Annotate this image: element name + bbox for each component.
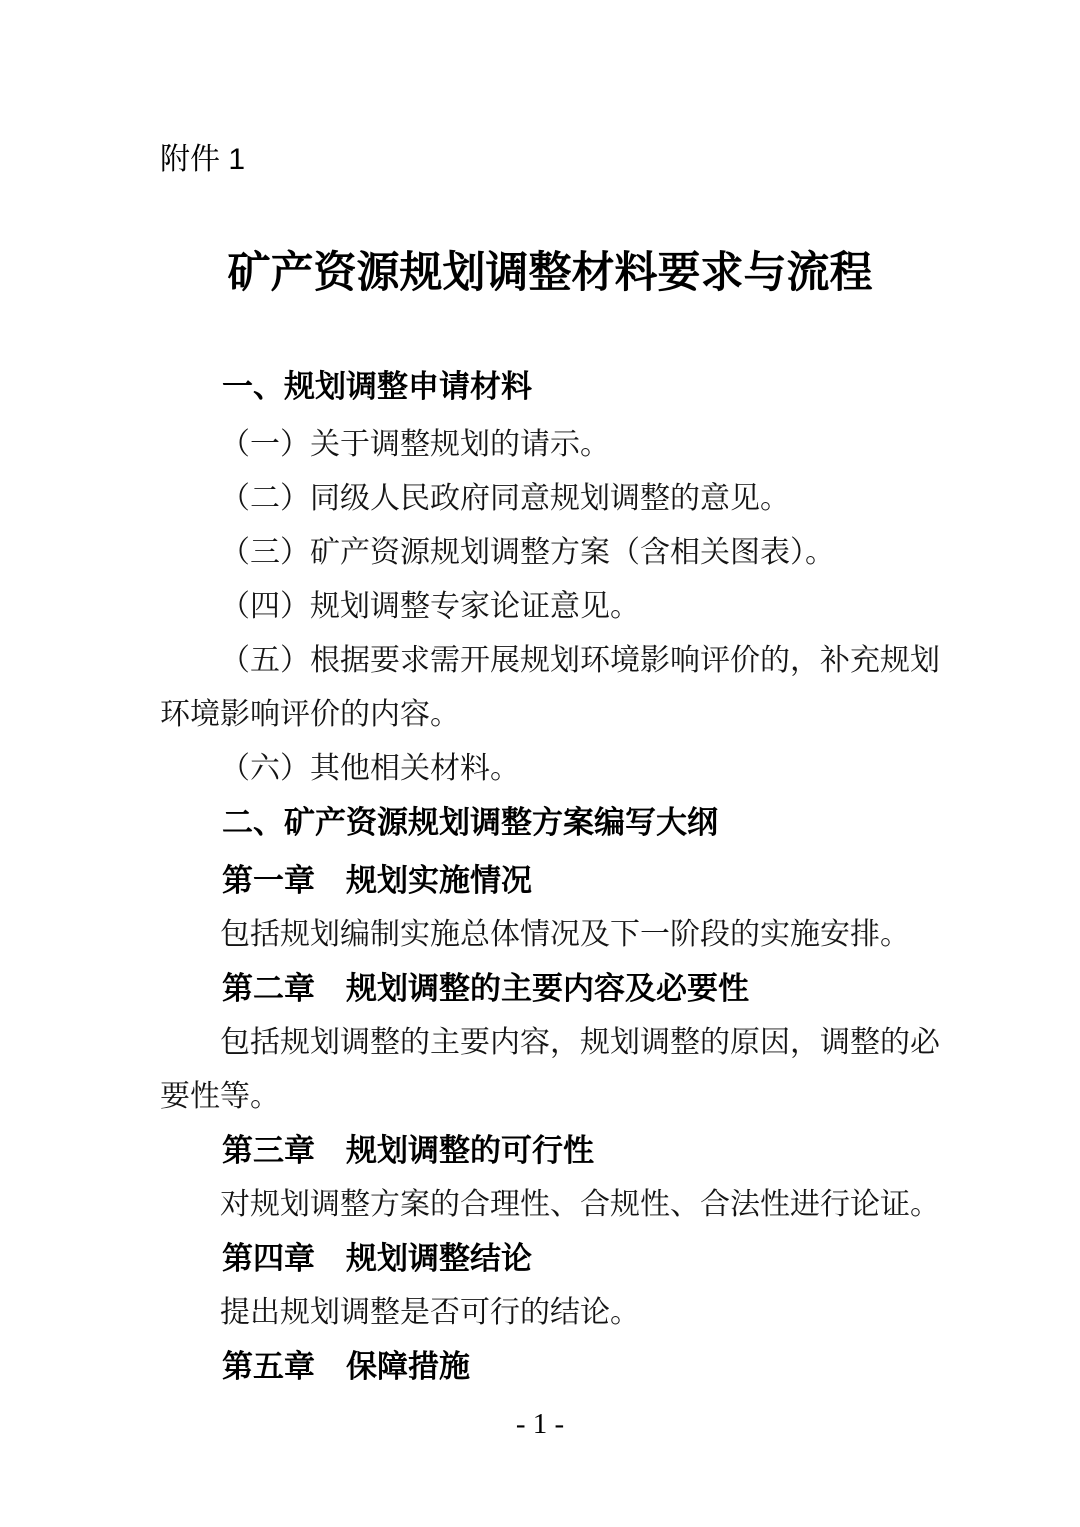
chapter-4-title: 第四章 规划调整结论 bbox=[160, 1232, 940, 1286]
section-1-item-5: （五）根据要求需开展规划环境影响评价的，补充规划环境影响评价的内容。 bbox=[160, 634, 940, 742]
chapter-1-title: 第一章 规划实施情况 bbox=[160, 854, 940, 908]
section-1-item-3: （三）矿产资源规划调整方案（含相关图表）。 bbox=[160, 526, 940, 580]
section-1-heading: 一、规划调整申请材料 bbox=[160, 360, 940, 414]
section-1-item-1: （一）关于调整规划的请示。 bbox=[160, 418, 940, 472]
section-2-heading: 二、矿产资源规划调整方案编写大纲 bbox=[160, 796, 940, 850]
page-number: - 1 - bbox=[0, 1404, 1080, 1444]
document-title: 矿产资源规划调整材料要求与流程 bbox=[160, 242, 940, 304]
chapter-3-body: 对规划调整方案的合理性、合规性、合法性进行论证。 bbox=[160, 1178, 940, 1232]
chapter-2-title: 第二章 规划调整的主要内容及必要性 bbox=[160, 962, 940, 1016]
chapter-5-title: 第五章 保障措施 bbox=[160, 1340, 940, 1394]
section-1-item-4: （四）规划调整专家论证意见。 bbox=[160, 580, 940, 634]
chapter-3-title: 第三章 规划调整的可行性 bbox=[160, 1124, 940, 1178]
chapter-4-body: 提出规划调整是否可行的结论。 bbox=[160, 1286, 940, 1340]
chapter-1-body: 包括规划编制实施总体情况及下一阶段的实施安排。 bbox=[160, 908, 940, 962]
chapter-2-body: 包括规划调整的主要内容，规划调整的原因，调整的必要性等。 bbox=[160, 1016, 940, 1124]
document-page: 附件 1 矿产资源规划调整材料要求与流程 一、规划调整申请材料 （一）关于调整规… bbox=[0, 0, 1080, 1527]
attachment-label: 附件 1 bbox=[160, 140, 940, 180]
section-1-item-2: （二）同级人民政府同意规划调整的意见。 bbox=[160, 472, 940, 526]
section-1-item-6: （六）其他相关材料。 bbox=[160, 742, 940, 796]
